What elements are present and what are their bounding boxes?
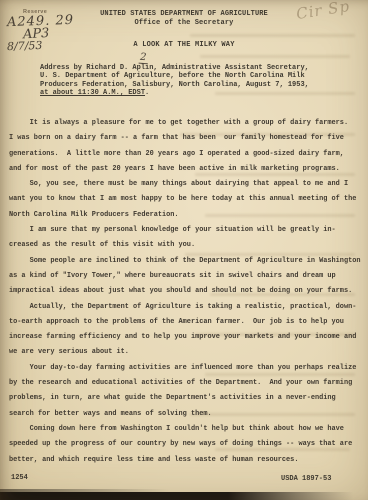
document-title: A LOOK AT THE MILKY WAY <box>0 41 368 49</box>
byline-lines: Address by Richard D. Aplin, Administrat… <box>40 64 309 89</box>
bleed-through-mark <box>190 34 355 37</box>
speech-body: It is always a pleasure for me to get to… <box>9 116 360 468</box>
bleed-through-mark <box>200 55 350 58</box>
scanned-document-page: Reserve A249. 29 AP3 8/7/53 Cir Sp UNITE… <box>0 0 368 500</box>
period: . <box>145 89 149 97</box>
handwritten-page-note: 2 <box>139 52 149 65</box>
footer-usda-code: USDA 1897-53 <box>281 475 331 483</box>
byline-time-line: at about 11:30 A.M., EDST. <box>40 89 309 97</box>
office-name: Office of the Secretary <box>0 19 368 28</box>
footer-number: 1254 <box>11 474 28 482</box>
underlined-time: at about 11:30 A.M., EDST <box>40 89 145 97</box>
agency-name: UNITED STATES DEPARTMENT OF AGRICULTURE <box>0 10 368 19</box>
document-header: UNITED STATES DEPARTMENT OF AGRICULTURE … <box>0 10 368 28</box>
byline-block: Address by Richard D. Aplin, Administrat… <box>40 64 309 97</box>
scan-edge-strip <box>0 492 368 500</box>
